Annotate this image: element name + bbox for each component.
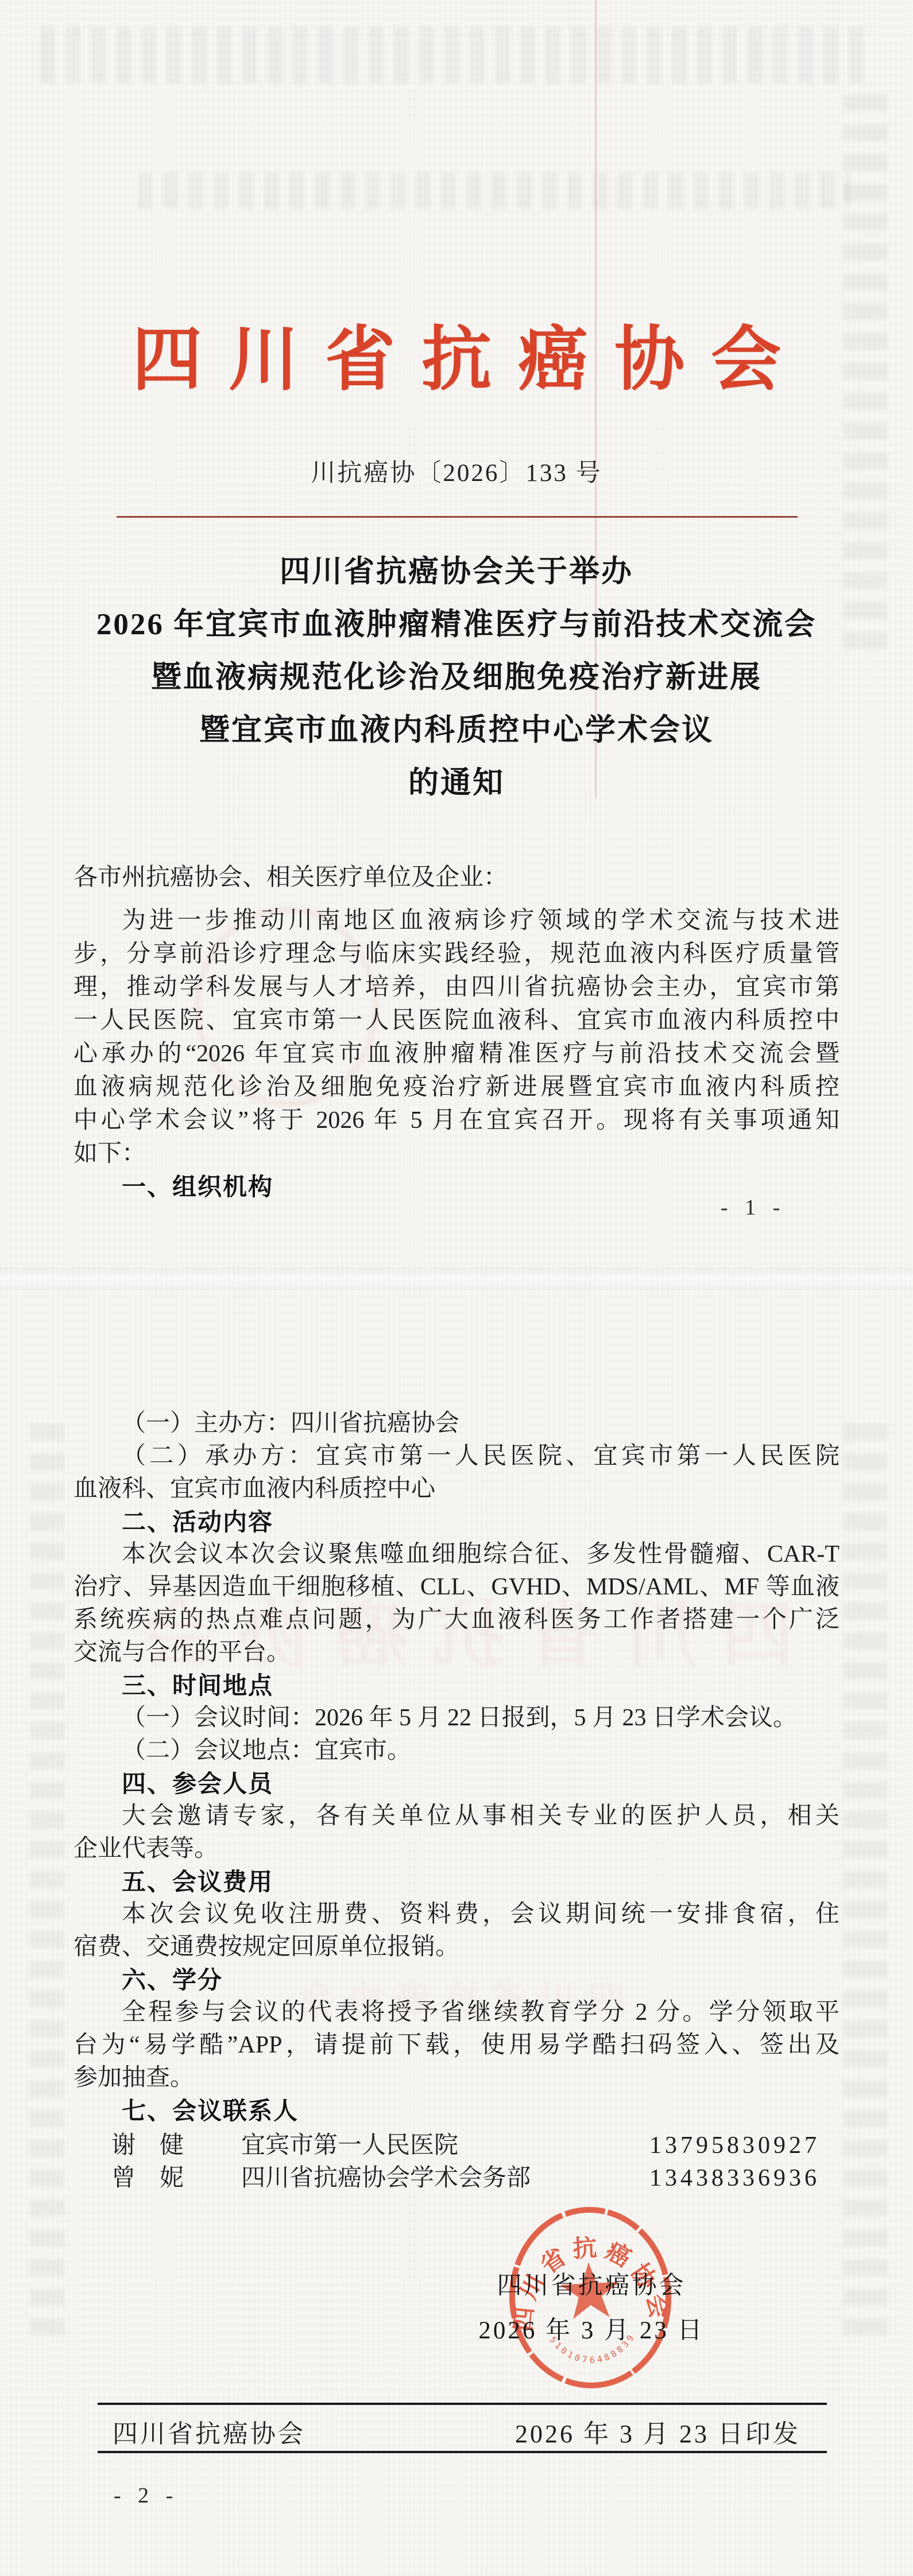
bleedthrough-band-2 (138, 172, 850, 209)
body-text-line: 三、时间地点 (73, 1669, 840, 1702)
notice-title-line: 2026 年宜宾市血液肿瘤精准医疗与前沿技术交流会 (37, 598, 876, 651)
notice-title-line: 的通知 (37, 756, 876, 809)
notice-title-line: 暨血液病规范化诊治及细胞免疫治疗新进展 (37, 651, 876, 704)
contact-list: 谢 健宜宾市第一人民医院13795830927曾 妮四川省抗癌协会学术会务部13… (73, 2129, 840, 2195)
body-text-line: 全程参与会议的代表将授予省继续教育学分 2 分。学分领取平 (73, 1996, 840, 2029)
red-divider-rule (117, 516, 798, 518)
contact-org: 宜宾市第一人民医院 (241, 2129, 458, 2162)
contact-org: 四川省抗癌协会学术会务部 (241, 2162, 531, 2195)
body-text-line: 宿费、交通费按规定回原单位报销。 (73, 1931, 840, 1964)
body-text-line: 步，分享前沿诊疗理念与临床实践经验，规范血液内科医疗质量管 (73, 937, 840, 971)
contact-row: 谢 健宜宾市第一人民医院13795830927 (73, 2129, 840, 2162)
page1-body: 为进一步推动川南地区血液病诊疗领域的学术交流与技术进步，分享前沿诊疗理念与临床实… (73, 904, 840, 1204)
body-text-line: 为进一步推动川南地区血液病诊疗领域的学术交流与技术进 (73, 904, 840, 937)
bleedthrough-left-column (30, 1418, 64, 2336)
footer-rule-bottom (98, 2451, 827, 2453)
body-text-line: 如下： (73, 1137, 840, 1170)
signature-org: 四川省抗癌协会 (454, 2266, 729, 2301)
page2-number: - 2 - (114, 2483, 179, 2508)
body-text-line: 一人民医院、宜宾市第一人民医院血液科、宜宾市血液内科质控中 (73, 1004, 840, 1037)
body-text-line: 血液病规范化诊治及细胞免疫治疗新进展暨宜宾市血液内科质控 (73, 1070, 840, 1104)
body-text-line: 四、参会人员 (73, 1767, 840, 1800)
body-text-line: 理，推动学科发展与人才培养，由四川省抗癌协会主办，宜宾市第 (73, 971, 840, 1004)
notice-title: 四川省抗癌协会关于举办2026 年宜宾市血液肿瘤精准医疗与前沿技术交流会暨血液病… (37, 545, 876, 809)
body-text-line: 七、会议联系人 (73, 2094, 840, 2127)
signature-date: 2026 年 3 月 23 日 (454, 2311, 729, 2346)
footer-rule-top (98, 2403, 827, 2405)
bleedthrough-right-column-2 (843, 1418, 888, 2336)
bleedthrough-top-band (40, 26, 873, 84)
body-text-line: 系统疾病的热点难点问题，为广大血液科医务工作者搭建一个广泛 (73, 1604, 840, 1636)
page1-number: - 1 - (721, 1195, 786, 1220)
body-text-line: 心承办的“2026 年宜宾市血液肿瘤精准医疗与前沿技术交流会暨 (73, 1037, 840, 1070)
body-text-line: 大会邀请专家，各有关单位从事相关专业的医护人员，相关 (73, 1800, 840, 1833)
org-title-red-header: 四川省抗癌协会 (0, 315, 913, 406)
body-text-line: （一）会议时间：2026 年 5 月 22 日报到，5 月 23 日学术会议。 (73, 1702, 840, 1735)
body-text-line: （一）主办方：四川省抗癌协会 (73, 1407, 840, 1440)
body-text-line: 参加抽查。 (73, 2062, 840, 2094)
body-text-line: 交流与合作的平台。 (73, 1636, 840, 1669)
body-text-line: 二、活动内容 (73, 1506, 840, 1538)
footer-print-date: 2026 年 3 月 23 日印发 (515, 2413, 800, 2450)
body-text-line: 企业代表等。 (73, 1833, 840, 1865)
contact-row: 曾 妮四川省抗癌协会学术会务部13438336936 (73, 2162, 840, 2195)
body-text-line: （二）会议地点：宜宾市。 (73, 1735, 840, 1767)
body-text-line: 本次会议本次会议聚焦噬血细胞综合征、多发性骨髓瘤、CAR-T (73, 1538, 840, 1571)
scanned-document: 四川省抗癌协会 四川省抗癌协会 四川省抗癌协会 川抗癌协〔2026〕133 号 … (0, 0, 913, 2576)
body-text-line: 中心学术会议”将于 2026 年 5 月在宜宾召开。现将有关事项通知 (73, 1104, 840, 1137)
page-break (0, 1267, 913, 1290)
document-number: 川抗癌协〔2026〕133 号 (0, 453, 913, 488)
contact-name: 谢 健 (111, 2129, 220, 2162)
recipient-line: 各市州抗癌协会、相关医疗单位及企业： (73, 861, 840, 894)
page2-body: （一）主办方：四川省抗癌协会（二）承办方：宜宾市第一人民医院、宜宾市第一人民医院… (73, 1407, 840, 2127)
body-text-line: 六、学分 (73, 1964, 840, 1996)
contact-name: 曾 妮 (111, 2162, 220, 2195)
contact-phone: 13795830927 (649, 2129, 840, 2162)
notice-title-line: 暨宜宾市血液内科质控中心学术会议 (37, 704, 876, 756)
notice-title-line: 四川省抗癌协会关于举办 (37, 545, 876, 598)
contact-phone: 13438336936 (649, 2162, 840, 2195)
body-text-line: （二）承办方：宜宾市第一人民医院、宜宾市第一人民医院 (73, 1440, 840, 1473)
footer-issuer: 四川省抗癌协会 (113, 2413, 305, 2450)
body-text-line: 本次会议免收注册费、资料费，会议期间统一安排食宿，住 (73, 1898, 840, 1931)
body-text-line: 血液科、宜宾市血液内科质控中心 (73, 1473, 840, 1506)
body-text-line: 台为“易学酷”APP，请提前下载，使用易学酷扫码签入、签出及 (73, 2029, 840, 2062)
body-text-line: 治疗、异基因造血干细胞移植、CLL、GVHD、MDS/AML、MF 等血液 (73, 1571, 840, 1604)
body-text-line: 五、会议费用 (73, 1865, 840, 1898)
